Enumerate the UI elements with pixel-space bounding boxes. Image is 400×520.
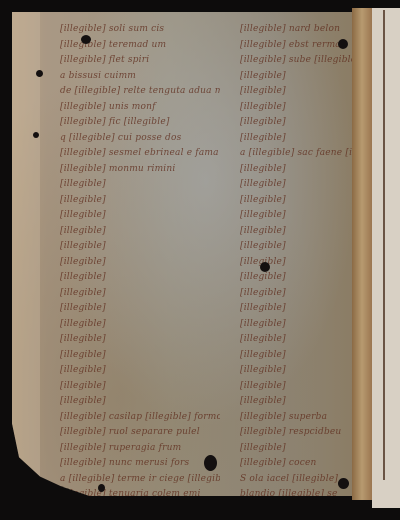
manuscript-line: [illegible]	[60, 255, 220, 271]
manuscript-line: [illegible]	[60, 208, 220, 224]
right-text-column: [illegible] nard belon[illegible] ebst r…	[240, 22, 362, 518]
manuscript-line: [illegible]	[240, 363, 362, 379]
manuscript-line: [illegible] sube [illegible]	[240, 53, 362, 69]
manuscript-line: [illegible]	[240, 379, 362, 395]
left-text-column: [illegible] soli sum cis[illegible] tere…	[60, 22, 220, 518]
manuscript-line: [illegible]	[60, 224, 220, 240]
manuscript-line: [illegible] fic [illegible]	[60, 115, 220, 131]
manuscript-line: [illegible]	[240, 162, 362, 178]
manuscript-line: [illegible] unis monf	[60, 100, 220, 116]
manuscript-line: [illegible] respcidbeu	[240, 425, 362, 441]
manuscript-line: de [illegible] relte tenguta adua mond	[60, 84, 220, 100]
manuscript-line: [illegible]	[240, 270, 362, 286]
manuscript-line: [illegible]	[240, 286, 362, 302]
manuscript-line: [illegible] monmu rimini	[60, 162, 220, 178]
manuscript-line: [illegible] ruperagia frum	[60, 441, 220, 457]
wormhole	[204, 455, 217, 471]
manuscript-line: [illegible] casilap [illegible] formosa …	[60, 410, 220, 426]
manuscript-line: [illegible]	[60, 394, 220, 410]
outer-margin	[12, 12, 40, 496]
binding-gutter	[352, 8, 372, 500]
manuscript-line: [illegible]	[240, 301, 362, 317]
manuscript-line: [illegible]	[240, 255, 362, 271]
manuscript-line: [illegible]	[60, 301, 220, 317]
manuscript-line: [illegible]	[60, 286, 220, 302]
manuscript-line: [illegible]	[60, 379, 220, 395]
wormhole	[338, 478, 349, 489]
wormhole	[338, 39, 348, 49]
manuscript-line: [illegible]	[60, 332, 220, 348]
manuscript-line: [illegible] cocen	[240, 456, 362, 472]
manuscript-line: [illegible]	[240, 131, 362, 147]
manuscript-line: [illegible] sesmel ebrineal e fama	[60, 146, 220, 162]
manuscript-line: [illegible]	[60, 363, 220, 379]
manuscript-line: [illegible]	[60, 317, 220, 333]
manuscript-line: [illegible]	[60, 239, 220, 255]
manuscript-line: [illegible]	[240, 208, 362, 224]
wormhole	[33, 132, 39, 138]
manuscript-line: [illegible]	[240, 394, 362, 410]
manuscript-folio: [illegible] soli sum cis[illegible] tere…	[12, 12, 364, 496]
manuscript-line: T e in mage [illegible] comma	[240, 503, 362, 519]
manuscript-line: [illegible]	[60, 348, 220, 364]
manuscript-line: a [illegible] terme ir ciege [illegible]	[60, 472, 220, 488]
manuscript-line: [illegible]	[240, 177, 362, 193]
manuscript-line: [illegible]	[240, 100, 362, 116]
manuscript-line: [illegible]	[240, 193, 362, 209]
wormhole	[98, 484, 105, 492]
manuscript-line: blandio [illegible] se	[240, 487, 362, 503]
manuscript-line: [illegible]	[240, 224, 362, 240]
manuscript-line: q [illegible] cui posse dos	[60, 131, 220, 147]
manuscript-line: a [illegible] sac faene [illegible]	[240, 146, 362, 162]
wormhole	[81, 35, 91, 44]
guard-strip	[372, 8, 400, 508]
manuscript-line: [illegible]	[240, 441, 362, 457]
manuscript-line: [illegible]	[240, 239, 362, 255]
manuscript-line: [illegible]	[240, 69, 362, 85]
manuscript-line: [illegible] flet spiri	[60, 53, 220, 69]
manuscript-line: [illegible] tenuaria colem emi	[60, 487, 220, 503]
manuscript-line: [illegible]	[240, 317, 362, 333]
manuscript-line: [illegible]	[60, 177, 220, 193]
manuscript-line: [illegible] ruol separare pulel	[60, 425, 220, 441]
binding-thread	[383, 10, 385, 480]
manuscript-line: [illegible]	[240, 84, 362, 100]
manuscript-line: [illegible] nunc merusi fors	[60, 456, 220, 472]
manuscript-line: [illegible]	[240, 332, 362, 348]
wormhole	[36, 70, 43, 77]
manuscript-line: [illegible]	[240, 348, 362, 364]
manuscript-line: [illegible]	[60, 270, 220, 286]
manuscript-line: [illegible]	[60, 193, 220, 209]
manuscript-line: [illegible]	[60, 503, 220, 519]
manuscript-line: a bissusi cuimm	[60, 69, 220, 85]
manuscript-line: [illegible] nard belon	[240, 22, 362, 38]
manuscript-line: [illegible]	[240, 115, 362, 131]
wormhole	[260, 262, 270, 272]
manuscript-line: [illegible] superba	[240, 410, 362, 426]
folio-number: 6v	[58, 486, 69, 496]
